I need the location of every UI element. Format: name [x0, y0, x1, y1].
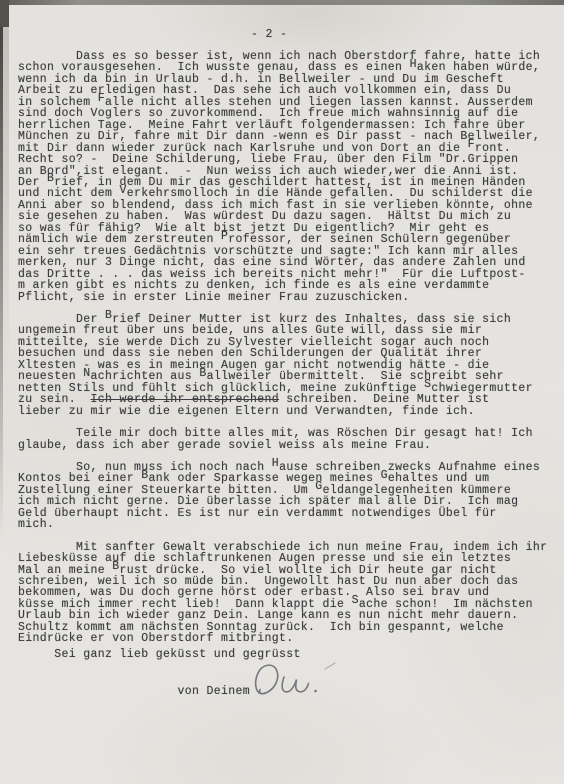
paragraph: Sei ganz lieb geküsst und gegrüsst	[18, 649, 556, 660]
typed-line: Recht so? - Deine Schilderung, liebe Fra…	[18, 154, 556, 165]
typed-line: neuesten Nachrichten aus Ballweiler über…	[18, 371, 556, 382]
typed-line: Eindrücke er von Oberstdorf mitbringt.	[18, 633, 556, 644]
typed-line: zu sein. Ich werde ihr entsprechend schr…	[18, 394, 556, 405]
typed-line: München zu Dir, fahre mit Dir dann -wenn…	[18, 131, 556, 142]
page-number: - 2 -	[251, 29, 287, 40]
signoff: von Deinem	[18, 686, 250, 697]
typed-line: m arken gibt es nichts zu denken, ich fi…	[18, 280, 556, 291]
handwritten-signature-icon	[252, 660, 340, 706]
paragraph: So, nun muss ich noch nach Hause schreib…	[18, 462, 556, 531]
letter-page: - 2 - Dass es so besser ist, wenn ich na…	[0, 0, 564, 784]
typed-line: sind doch Voglers so zuvorkommend. Ich f…	[18, 108, 556, 119]
typed-line: Sei ganz lieb geküsst und gegrüsst	[18, 649, 556, 660]
paragraph: Dass es so besser ist, wenn ich nach Obe…	[18, 51, 556, 303]
paragraph: Teile mir doch bitte alles mit, was Rösc…	[18, 428, 556, 451]
paragraph: Der Brief Deiner Mutter ist kurz des Inh…	[18, 314, 556, 417]
typed-line: glaube, dass ich aber gerade soviel weis…	[18, 440, 556, 451]
typed-line: nämlich wie dem zerstreuten Professor, d…	[18, 234, 556, 245]
typed-line: mich.	[18, 519, 556, 530]
typed-line: Liebesküsse auf die schlaftrunkenen Auge…	[18, 553, 556, 564]
scan-corner-top-left	[0, 0, 9, 27]
scan-edge-top	[0, 0, 564, 5]
scan-edge-left-shadow	[3, 5, 9, 425]
typed-line: Geld überhaupt nicht. Es ist nur ein ver…	[18, 508, 556, 519]
typed-line: Pflicht, sie in erster Linie meiner Frau…	[18, 292, 556, 303]
typed-line: lieber zu mir wie die eigenen Eltern und…	[18, 406, 556, 417]
paragraph: Mit sanfter Gewalt verabschiede ich nun …	[18, 542, 556, 645]
typed-line: merken, nur 3 Dinge nicht, das eine sind…	[18, 257, 556, 268]
letter-body: Dass es so besser ist, wenn ich nach Obe…	[18, 51, 556, 671]
typed-line: Teile mir doch bitte alles mit, was Rösc…	[18, 428, 556, 439]
